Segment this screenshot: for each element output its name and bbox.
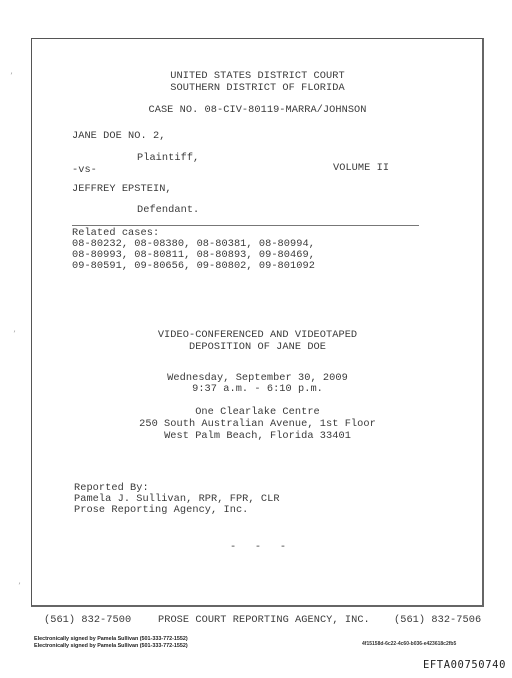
electronic-signature: Electronically signed by Pamela Sullivan… (34, 636, 188, 643)
bates-number: EFTA00750740 (423, 659, 506, 671)
defendant-role: Defendant. (137, 204, 199, 216)
scan-artifact: ʼ (10, 72, 13, 82)
location-street: 250 South Australian Avenue, 1st Floor (31, 418, 484, 430)
scan-artifact: ʼ (13, 330, 16, 340)
reporter-agency: Prose Reporting Agency, Inc. (74, 504, 248, 516)
defendant-name: JEFFREY EPSTEIN, (72, 183, 172, 195)
court-district: SOUTHERN DISTRICT OF FLORIDA (31, 82, 484, 94)
plaintiff-role: Plaintiff, (137, 152, 199, 164)
volume-label: VOLUME II (333, 162, 389, 174)
related-cases-line: 09-80591, 09-80656, 09-80802, 09-801092 (72, 260, 315, 272)
court-name: UNITED STATES DISTRICT COURT (31, 70, 484, 82)
page-border (31, 38, 484, 607)
deposition-subtitle: DEPOSITION OF JANE DOE (31, 341, 484, 353)
case-number: CASE NO. 08-CIV-80119-MARRA/JOHNSON (31, 104, 484, 116)
deposition-title: VIDEO-CONFERENCED AND VIDEOTAPED (31, 329, 484, 341)
location-building: One Clearlake Centre (31, 406, 484, 418)
location-city: West Palm Beach, Florida 33401 (31, 430, 484, 442)
deposition-time: 9:37 a.m. - 6:10 p.m. (31, 383, 484, 395)
versus: -vs- (72, 164, 97, 176)
plaintiff-name: JANE DOE NO. 2, (72, 130, 165, 142)
footer-agency: PROSE COURT REPORTING AGENCY, INC. (158, 614, 370, 626)
section-separator: - - - (230, 541, 286, 553)
footer-phone-left: (561) 832-7500 (44, 614, 131, 626)
document-hash: 4f15158d-6c22-4c60-b036-e423618c2fb5 (362, 641, 456, 647)
scan-artifact: ʼ (18, 582, 21, 592)
caption-divider (72, 225, 419, 226)
electronic-signature: Electronically signed by Pamela Sullivan… (34, 643, 188, 650)
footer-phone-right: (561) 832-7506 (394, 614, 481, 626)
